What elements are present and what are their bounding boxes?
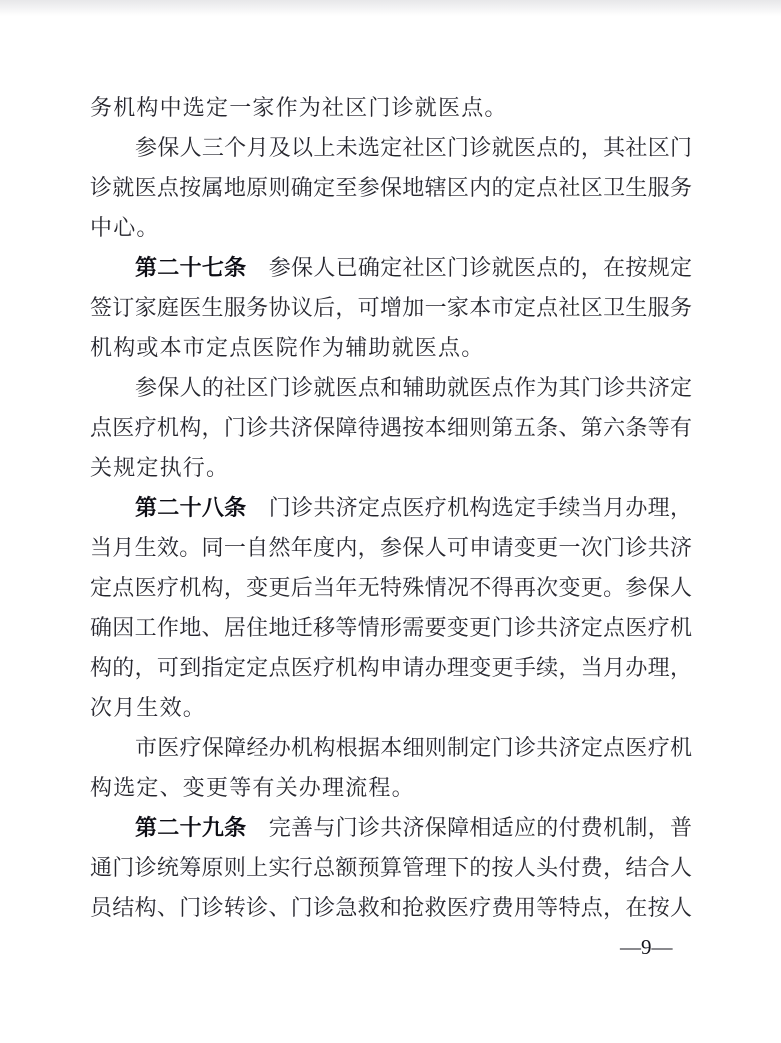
text-line: 第二十九条 完善与门诊共济保障相适应的付费机制，普	[90, 808, 692, 848]
text-line: 中心。	[90, 208, 692, 248]
text-line: 确因工作地、居住地迁移等情形需要变更门诊共济定点医疗机	[90, 608, 692, 648]
text-line: 员结构、门诊转诊、门诊急救和抢救医疗费用等特点，在按人	[90, 888, 692, 928]
text-line: 市医疗保障经办机构根据本细则制定门诊共济定点医疗机	[90, 728, 692, 768]
text-line: 定点医疗机构，变更后当年无特殊情况不得再次变更。参保人	[90, 568, 692, 608]
text-line: 第二十八条 门诊共济定点医疗机构选定手续当月办理，	[90, 488, 692, 528]
text-line: 参保人的社区门诊就医点和辅助就医点作为其门诊共济定	[90, 368, 692, 408]
text-line: 签订家庭医生服务协议后，可增加一家本市定点社区卫生服务	[90, 288, 692, 328]
text-line: 点医疗机构，门诊共济保障待遇按本细则第五条、第六条等有	[90, 408, 692, 448]
document-body: 务机构中选定一家作为社区门诊就医点。参保人三个月及以上未选定社区门诊就医点的，其…	[90, 88, 692, 928]
text-line: 构选定、变更等有关办理流程。	[90, 768, 692, 808]
text-line: 次月生效。	[90, 688, 692, 728]
text-line: 构的，可到指定定点医疗机构申请办理变更手续，当月办理，	[90, 648, 692, 688]
article-number: 第二十八条	[135, 495, 246, 520]
text-line: 第二十七条 参保人已确定社区门诊就医点的，在按规定	[90, 248, 692, 288]
page-top-shadow	[0, 0, 781, 16]
text-line: 当月生效。同一自然年度内，参保人可申请变更一次门诊共济	[90, 528, 692, 568]
text-line: 参保人三个月及以上未选定社区门诊就医点的，其社区门	[90, 128, 692, 168]
text-line: 通门诊统筹原则上实行总额预算管理下的按人头付费，结合人	[90, 848, 692, 888]
article-number: 第二十七条	[135, 255, 246, 280]
text-line: 诊就医点按属地原则确定至参保地辖区内的定点社区卫生服务	[90, 168, 692, 208]
text-line: 关规定执行。	[90, 448, 692, 488]
text-line: 机构或本市定点医院作为辅助就医点。	[90, 328, 692, 368]
article-number: 第二十九条	[135, 815, 246, 840]
page-number: —9—	[620, 936, 673, 958]
text-line: 务机构中选定一家作为社区门诊就医点。	[90, 88, 692, 128]
document-page: 务机构中选定一家作为社区门诊就医点。参保人三个月及以上未选定社区门诊就医点的，其…	[0, 0, 781, 1043]
